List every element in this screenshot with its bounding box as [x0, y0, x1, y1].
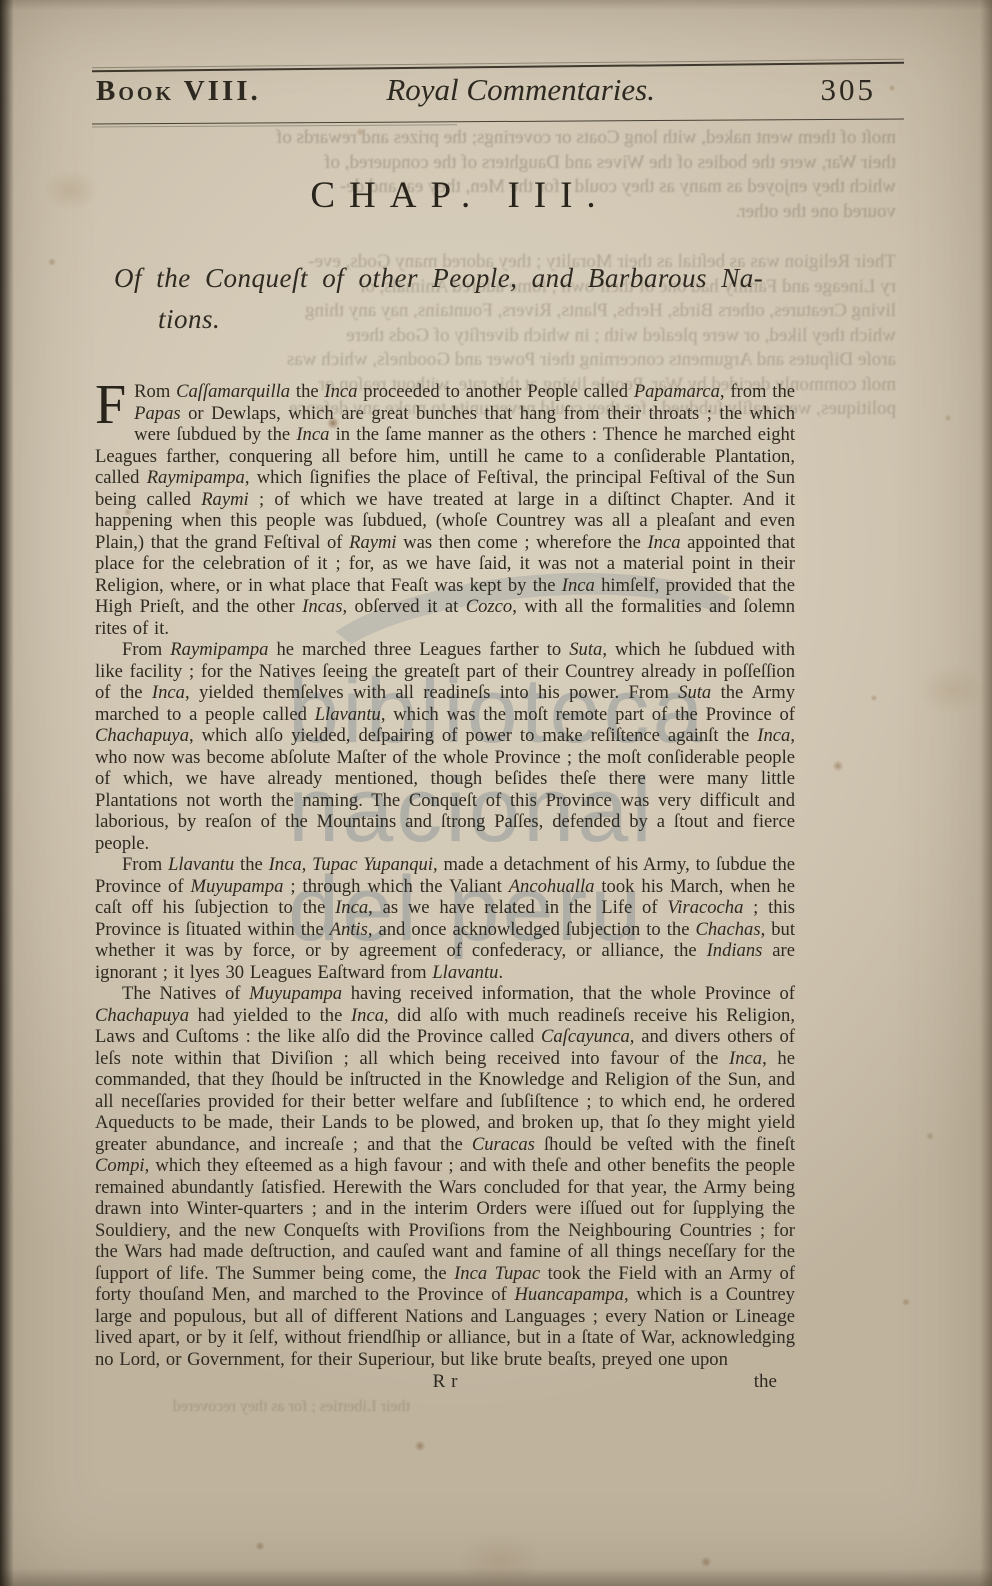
paragraph: FRom Caſſamarquilla the Inca proceeded t…	[95, 381, 795, 639]
paragraph: The Natives of Muyupampa having received…	[95, 983, 795, 1370]
bleedthrough-text-bottom: their Liberties ; for as they recovered	[110, 1395, 410, 1420]
header-rule-top	[92, 62, 904, 73]
chapter-subtitle-line1: Of the Conqueſt of other People, and Bar…	[114, 258, 854, 299]
chapter-subtitle-line2: tions.	[158, 299, 854, 340]
header-book-label: Book VIII.	[96, 75, 261, 108]
page-footer: R r the	[95, 1371, 795, 1393]
chapter-subtitle: Of the Conqueſt of other People, and Bar…	[114, 258, 854, 340]
paragraphs: FRom Caſſamarquilla the Inca proceeded t…	[95, 381, 795, 1370]
catchword: the	[754, 1371, 777, 1393]
signature-mark: R r	[433, 1371, 458, 1392]
header-running-title: Royal Commentaries.	[261, 72, 821, 108]
header-rule-bottom	[92, 119, 904, 125]
running-header: Book VIII. Royal Commentaries. 305	[96, 72, 902, 108]
body-text: FRom Caſſamarquilla the Inca proceeded t…	[95, 381, 795, 1393]
book-page-scan: moſt of them went naked, with long Coats…	[0, 0, 992, 1586]
drop-cap: F	[95, 381, 134, 426]
header-page-number: 305	[821, 72, 877, 108]
paragraph: From Raymipampa he marched three Leagues…	[95, 639, 795, 854]
paragraph: From Llavantu the Inca, Tupac Yupanqui, …	[95, 854, 795, 983]
chapter-heading: CHAP. III.	[0, 174, 920, 217]
